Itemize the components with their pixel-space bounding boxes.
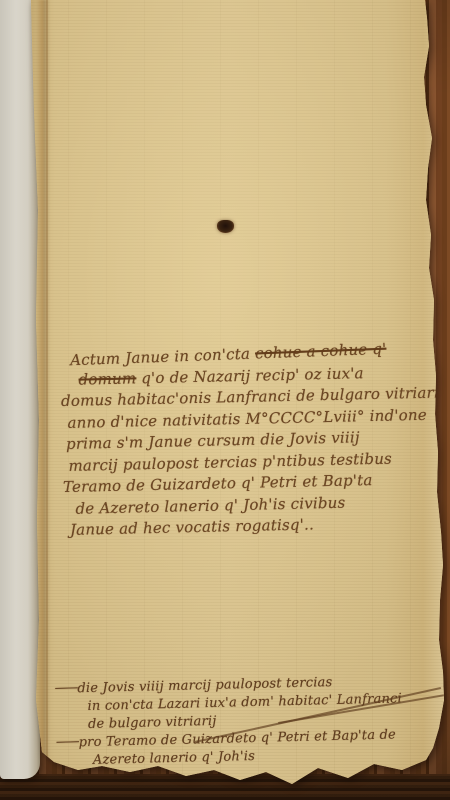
manuscript-photo: Actum Janue in con'cta cohue a cohue q' … xyxy=(0,0,450,800)
text-segment: Janue ad hec vocatis rogatisq'.. xyxy=(70,515,314,539)
dash-mark: — xyxy=(55,733,81,752)
text-segment: prima s'm Janue cursum die Jovis viiij xyxy=(66,428,360,453)
note-text: Azereto lanerio q' Joh'is xyxy=(93,749,255,768)
note-text: de bulgaro vitriarij xyxy=(88,714,217,732)
dash-mark: — xyxy=(54,679,80,698)
main-text-block: Actum Janue in con'cta cohue a cohue q' … xyxy=(58,340,422,542)
wormhole xyxy=(217,220,234,233)
struck-text-segment: domum xyxy=(78,369,136,388)
text-segment: Actum Janue in con'cta xyxy=(70,344,256,369)
manuscript-page: Actum Janue in con'cta cohue a cohue q' … xyxy=(30,0,444,792)
page-shadow-wrap: Actum Janue in con'cta cohue a cohue q' … xyxy=(0,0,450,800)
marginal-notes-block: —die Jovis viiij marcij paulopost tercia… xyxy=(51,671,450,771)
struck-text-segment: cohue a cohue q' xyxy=(255,340,387,363)
page-fold-crease-line xyxy=(46,0,48,792)
